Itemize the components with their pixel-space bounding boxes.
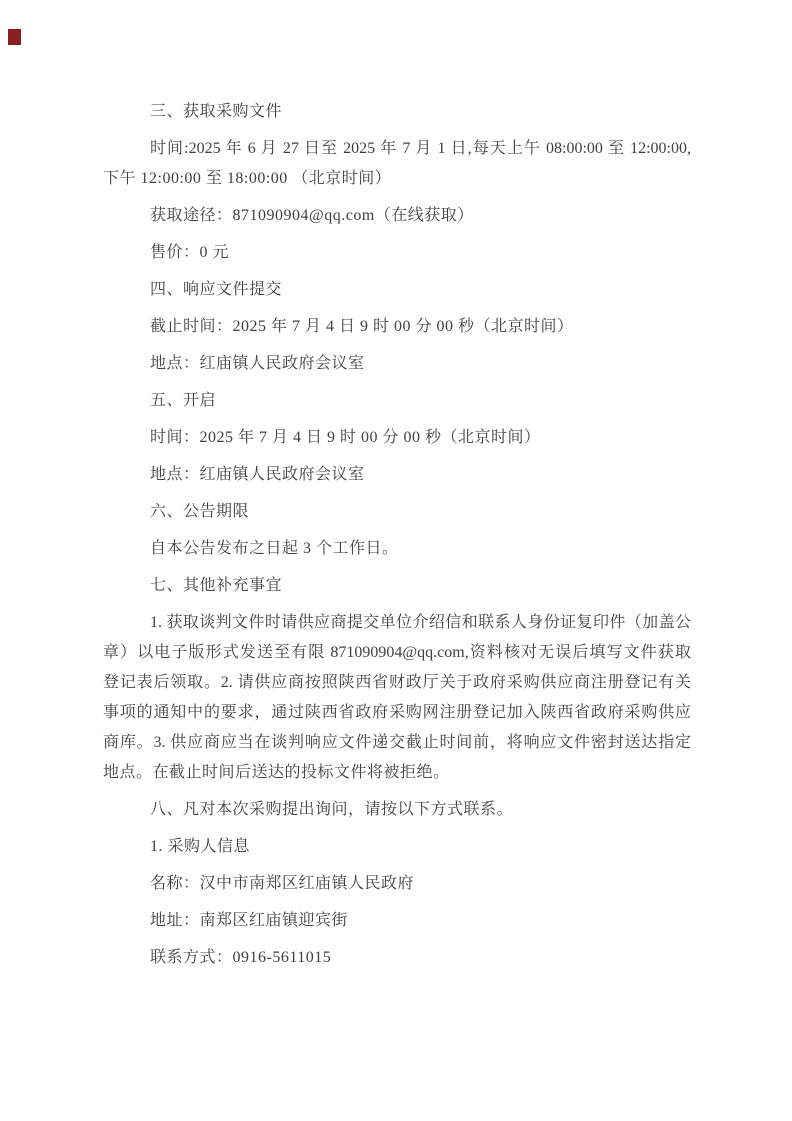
red-corner-marker bbox=[8, 29, 21, 45]
purchaser-name: 名称：汉中市南郑区红庙镇人民政府 bbox=[103, 869, 691, 899]
section-3-heading: 三、获取采购文件 bbox=[103, 97, 691, 127]
announcement-period: 自本公告发布之日起 3 个工作日。 bbox=[103, 534, 691, 564]
heading-text: 四、响应文件提交 bbox=[103, 275, 691, 305]
paragraph-line: 下午 12:00:00 至 18:00:00 （北京时间） bbox=[103, 164, 691, 194]
heading-text: 五、开启 bbox=[103, 386, 691, 416]
submission-location: 地点：红庙镇人民政府会议室 bbox=[103, 349, 691, 379]
document-body: 三、获取采购文件 时间:2025 年 6 月 27 日至 2025 年 7 月 … bbox=[103, 97, 691, 980]
paragraph-line: 事项的通知中的要求，通过陕西省政府采购网注册登记加入陕西省政府采购供应 bbox=[103, 698, 691, 728]
opening-location: 地点：红庙镇人民政府会议室 bbox=[103, 460, 691, 490]
opening-time: 时间：2025 年 7 月 4 日 9 时 00 分 00 秒（北京时间） bbox=[103, 423, 691, 453]
paragraph-line: 联系方式：0916-5611015 bbox=[103, 943, 691, 973]
paragraph-line: 时间：2025 年 7 月 4 日 9 时 00 分 00 秒（北京时间） bbox=[103, 423, 691, 453]
section-6-heading: 六、公告期限 bbox=[103, 497, 691, 527]
purchaser-contact: 联系方式：0916-5611015 bbox=[103, 943, 691, 973]
section-5-heading: 五、开启 bbox=[103, 386, 691, 416]
section-7-heading: 七、其他补充事宜 bbox=[103, 571, 691, 601]
section-8-heading: 八、凡对本次采购提出询问，请按以下方式联系。 bbox=[103, 795, 691, 825]
paragraph-line: 登记表后领取。2. 请供应商按照陕西省财政厅关于政府采购供应商注册登记有关 bbox=[103, 668, 691, 698]
acquisition-channel: 获取途径：871090904@qq.com（在线获取） bbox=[103, 201, 691, 231]
paragraph-line: 章）以电子版形式发送至有限 871090904@qq.com,资料核对无误后填写… bbox=[103, 638, 691, 668]
purchaser-info-heading: 1. 采购人信息 bbox=[103, 832, 691, 862]
section-4-heading: 四、响应文件提交 bbox=[103, 275, 691, 305]
paragraph-line: 自本公告发布之日起 3 个工作日。 bbox=[103, 534, 691, 564]
paragraph-line: 地点：红庙镇人民政府会议室 bbox=[103, 349, 691, 379]
paragraph-line: 截止时间：2025 年 7 月 4 日 9 时 00 分 00 秒（北京时间） bbox=[103, 312, 691, 342]
heading-text: 六、公告期限 bbox=[103, 497, 691, 527]
heading-text: 七、其他补充事宜 bbox=[103, 571, 691, 601]
paragraph-line: 1. 采购人信息 bbox=[103, 832, 691, 862]
acquisition-time: 时间:2025 年 6 月 27 日至 2025 年 7 月 1 日,每天上午 … bbox=[103, 134, 691, 194]
paragraph-line: 获取途径：871090904@qq.com（在线获取） bbox=[103, 201, 691, 231]
paragraph-line: 商库。3. 供应商应当在谈判响应文件递交截止时间前，将响应文件密封送达指定 bbox=[103, 728, 691, 758]
paragraph-line: 1. 获取谈判文件时请供应商提交单位介绍信和联系人身份证复印件（加盖公 bbox=[103, 608, 691, 638]
heading-text: 三、获取采购文件 bbox=[103, 97, 691, 127]
paragraph-line: 地点：红庙镇人民政府会议室 bbox=[103, 460, 691, 490]
paragraph-line: 售价：0 元 bbox=[103, 238, 691, 268]
submission-deadline: 截止时间：2025 年 7 月 4 日 9 时 00 分 00 秒（北京时间） bbox=[103, 312, 691, 342]
heading-text: 八、凡对本次采购提出询问，请按以下方式联系。 bbox=[103, 795, 691, 825]
paragraph-line: 名称：汉中市南郑区红庙镇人民政府 bbox=[103, 869, 691, 899]
document-page: 三、获取采购文件 时间:2025 年 6 月 27 日至 2025 年 7 月 … bbox=[0, 0, 792, 1121]
paragraph-line: 地址：南郑区红庙镇迎宾街 bbox=[103, 906, 691, 936]
supplementary-notes: 1. 获取谈判文件时请供应商提交单位介绍信和联系人身份证复印件（加盖公 章）以电… bbox=[103, 608, 691, 788]
paragraph-line: 地点。在截止时间后送达的投标文件将被拒绝。 bbox=[103, 758, 691, 788]
price: 售价：0 元 bbox=[103, 238, 691, 268]
paragraph-line: 时间:2025 年 6 月 27 日至 2025 年 7 月 1 日,每天上午 … bbox=[103, 134, 691, 164]
purchaser-address: 地址：南郑区红庙镇迎宾街 bbox=[103, 906, 691, 936]
